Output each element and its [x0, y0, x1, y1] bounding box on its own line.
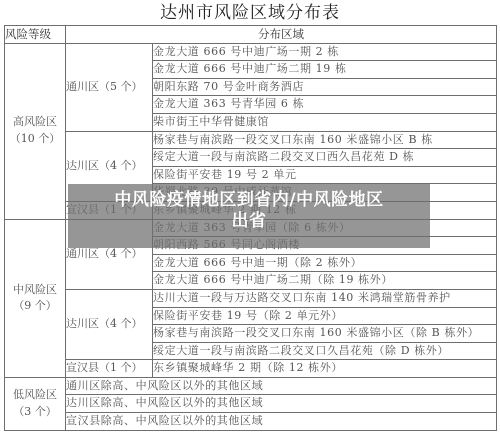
risk-level-label: 中风险区	[13, 283, 57, 296]
table-row: 达川区（4 个） 杨家巷与南滨路一段交叉口东南 160 米盛锦小区 B 栋	[5, 131, 497, 149]
header-distribution-area: 分布区域	[66, 26, 497, 44]
page-title: 达州市风险区域分布表	[0, 2, 500, 24]
district-cell: 宣汉县（1 个）	[66, 360, 153, 378]
district-cell: 达川区（4 个）	[66, 289, 153, 359]
risk-level-low: 低风险区 （3 个）	[5, 377, 66, 430]
location-cell: 绥定大道一段与南滨路二段交叉口西久昌花苑 D 栋	[153, 149, 497, 167]
location-cell: 金龙大道 666 号中迪一期（除 2 栋外）	[153, 254, 497, 272]
location-cell: 金龙大道 363 号青华园 6 栋	[153, 96, 497, 114]
table-row: 高风险区 （10 个） 通川区（5 个） 金龙大道 666 号中迪广场一期 2 …	[5, 43, 497, 61]
caption-overlay: 中风险疫情地区到省内/中风险地区 出省	[68, 184, 430, 248]
risk-level-label: 低风险区	[13, 388, 57, 401]
caption-line-2: 出省	[68, 211, 430, 232]
location-cell: 金龙大道 666 号中迪广场二期 19 栋	[153, 61, 497, 79]
table-row: 低风险区 （3 个） 通川区除高、中风险区以外的其他区域	[5, 377, 497, 395]
location-cell: 绥定大道一段与南滨路二段交叉口久昌花苑（除 D 栋外）	[153, 342, 497, 360]
location-cell: 杨家巷与南滨路一段交叉口东南 160 米盛锦小区（除 B 栋外）	[153, 325, 497, 343]
risk-level-count: （9 个）	[13, 299, 57, 312]
low-area-cell: 达川区除高、中风险区以外的其他区域	[66, 395, 497, 413]
low-area-cell: 宣汉县除高、中风险区以外的其他区域	[66, 413, 497, 431]
location-cell: 金龙大道 666 号中迪广场一期 2 栋	[153, 43, 497, 61]
district-cell: 通川区（5 个）	[66, 43, 153, 131]
risk-level-count: （3 个）	[13, 405, 57, 418]
location-cell: 朝阳东路 70 号金叶商务酒店	[153, 78, 497, 96]
low-area-cell: 通川区除高、中风险区以外的其他区域	[66, 377, 497, 395]
table-row: 宣汉县除高、中风险区以外的其他区域	[5, 413, 497, 431]
location-cell: 保险街平安巷 19 号（除 2 单元外）	[153, 307, 497, 325]
table-header-row: 风险等级 分布区域	[5, 26, 497, 44]
risk-level-label: 高风险区	[13, 115, 57, 128]
table-row: 达川区除高、中风险区以外的其他区域	[5, 395, 497, 413]
caption-line-1: 中风险疫情地区到省内/中风险地区	[68, 190, 430, 211]
header-risk-level: 风险等级	[5, 26, 66, 44]
risk-level-high: 高风险区 （10 个）	[5, 43, 66, 219]
risk-level-count: （10 个）	[10, 132, 61, 145]
risk-level-mid: 中风险区 （9 个）	[5, 219, 66, 377]
location-cell: 柴市街王中华骨健康馆	[153, 113, 497, 131]
location-cell: 东乡镇聚城峰华 2 期（除 12 栋外）	[153, 360, 497, 378]
location-cell: 保险街平安巷 19 号 2 单元	[153, 166, 497, 184]
table-row: 宣汉县（1 个） 东乡镇聚城峰华 2 期（除 12 栋外）	[5, 360, 497, 378]
location-cell: 达川大道一段与万达路交叉口东南 140 米鸿瑞堂筋骨养护	[153, 289, 497, 307]
location-cell: 杨家巷与南滨路一段交叉口东南 160 米盛锦小区 B 栋	[153, 131, 497, 149]
location-cell: 金龙大道 666 号中迪广场二期（除 19 栋外）	[153, 272, 497, 290]
table-row: 达川区（4 个） 达川大道一段与万达路交叉口东南 140 米鸿瑞堂筋骨养护	[5, 289, 497, 307]
